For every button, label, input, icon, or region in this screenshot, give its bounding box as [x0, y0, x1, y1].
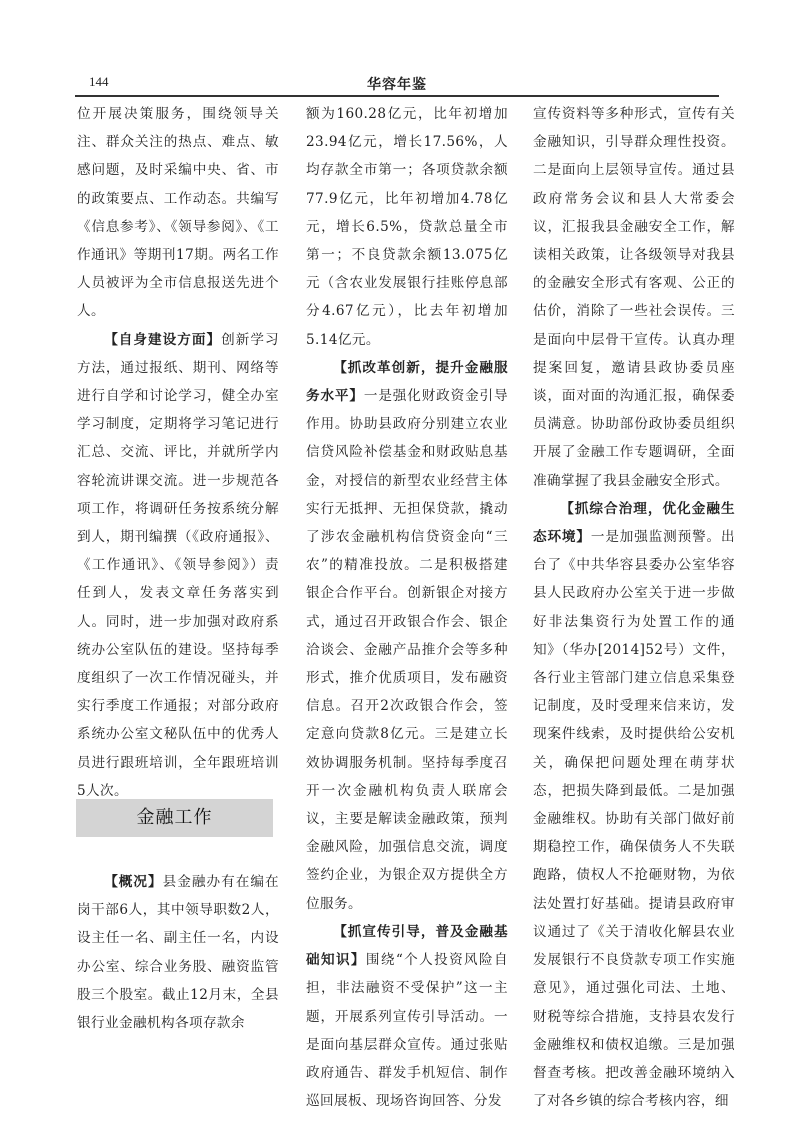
header-rule [75, 95, 719, 97]
paragraph-body: 一是加强监测预警。出台了《中共华容县委办公室华容县人民政府办公室关于进一步做好非… [533, 529, 735, 1109]
paragraph: 【抓宣传引导，普及金融基础知识】围绕“个人投资风险自担，非法融资不受保护”这一主… [306, 918, 508, 1115]
section-lead: 【自身建设方面】 [104, 332, 221, 348]
column-1-lower: 【概况】县金融办有在编在岗干部6人，其中领导职数2人，设主任一名、副主任一名，内… [77, 868, 279, 1037]
running-title: 华容年鉴 [75, 74, 719, 94]
column-3: 宣传资料等多种形式，宣传有关金融知识，引导群众理性投资。二是面向上层领导宣传。通… [533, 100, 735, 1115]
paragraph-body: 县金融办有在编在岗干部6人，其中领导职数2人，设主任一名、副主任一名，内设办公室… [77, 874, 279, 1031]
paragraph: 额为160.28亿元，比年初增加23.94亿元，增长17.56%，人均存款全市第… [306, 100, 508, 354]
paragraph: 【抓改革创新，提升金融服务水平】一是强化财政资金引导作用。协助县政府分别建立农业… [306, 354, 508, 918]
paragraph: 位开展决策服务，围绕领导关注、群众关注的热点、难点、敏感问题，及时采编中央、省、… [77, 100, 279, 326]
column-1: 位开展决策服务，围绕领导关注、群众关注的热点、难点、敏感问题，及时采编中央、省、… [77, 100, 279, 833]
section-heading: 金融工作 [76, 799, 273, 837]
paragraph: 【抓综合治理，优化金融生态环境】一是加强监测预警。出台了《中共华容县委办公室华容… [533, 495, 735, 1115]
column-2: 额为160.28亿元，比年初增加23.94亿元，增长17.56%，人均存款全市第… [306, 100, 508, 1115]
paragraph: 【概况】县金融办有在编在岗干部6人，其中领导职数2人，设主任一名、副主任一名，内… [77, 868, 279, 1037]
paragraph-body: 一是强化财政资金引导作用。协助县政府分别建立农业信贷风险补偿基金和财政贴息基金，… [306, 388, 508, 912]
paragraph-body: 围绕“个人投资风险自担，非法融资不受保护”这一主题，开展系列宣传引导活动。一是面… [306, 952, 508, 1109]
section-lead: 【概况】 [104, 874, 162, 890]
paragraph: 【自身建设方面】创新学习方法，通过报纸、期刊、网络等进行自学和讨论学习，健全办室… [77, 326, 279, 805]
paragraph: 宣传资料等多种形式，宣传有关金融知识，引导群众理性投资。二是面向上层领导宣传。通… [533, 100, 735, 495]
page-header: 144 华容年鉴 [75, 74, 719, 94]
paragraph-body: 创新学习方法，通过报纸、期刊、网络等进行自学和讨论学习，健全办室学习制度，定期将… [77, 332, 279, 799]
